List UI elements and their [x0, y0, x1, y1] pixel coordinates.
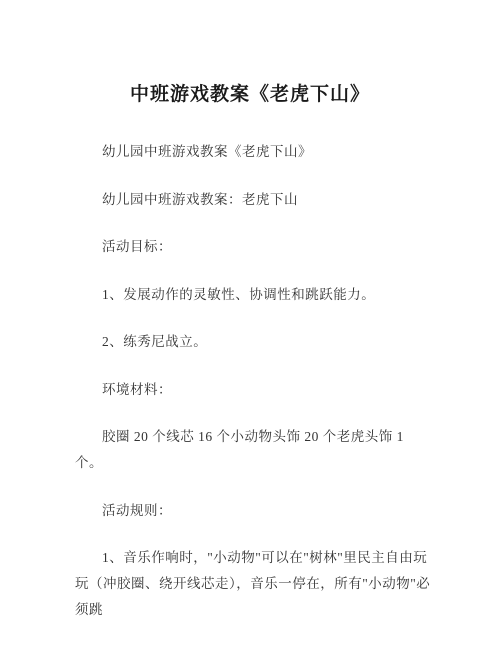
paragraph-materials: 胶圈 20 个线芯 16 个小动物头饰 20 个老虎头饰 1 个。 [75, 424, 433, 476]
page-title: 中班游戏教案《老虎下山》 [0, 82, 500, 108]
paragraph-section-materials: 环境材料： [75, 377, 433, 403]
paragraph-goal-1: 1、发展动作的灵敏性、协调性和跳跃能力。 [75, 282, 433, 308]
paragraph-subtitle-alt: 幼儿园中班游戏教案：老虎下山 [75, 187, 433, 213]
document-body: 幼儿园中班游戏教案《老虎下山》 幼儿园中班游戏教案：老虎下山 活动目标： 1、发… [75, 139, 433, 623]
paragraph-rule-1: 1、音乐作响时，"小动物"可以在"树林"里民主自由玩玩（冲胶圈、绕开线芯走），音… [75, 545, 433, 623]
paragraph-goal-2: 2、练秀尼战立。 [75, 329, 433, 355]
paragraph-subtitle: 幼儿园中班游戏教案《老虎下山》 [75, 139, 433, 165]
paragraph-section-rules: 活动规则： [75, 498, 433, 524]
document-page: 中班游戏教案《老虎下山》 幼儿园中班游戏教案《老虎下山》 幼儿园中班游戏教案：老… [0, 0, 500, 647]
paragraph-section-goals: 活动目标： [75, 234, 433, 260]
